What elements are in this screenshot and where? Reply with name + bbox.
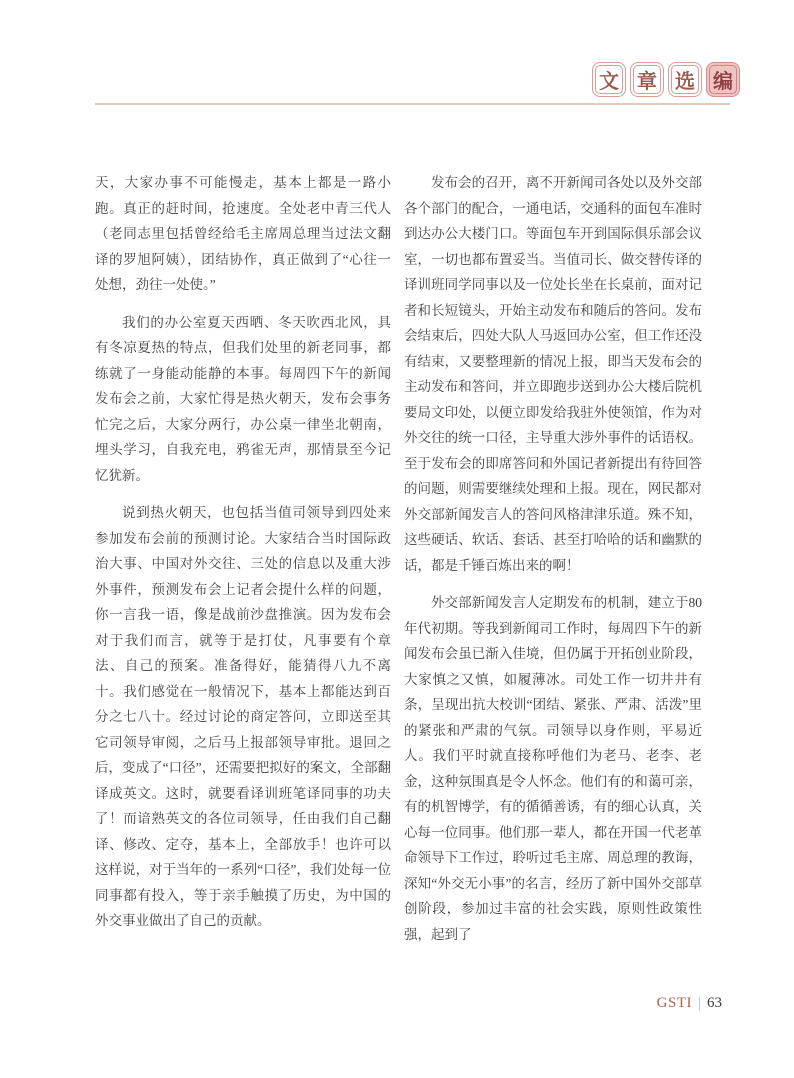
title-char: 选 <box>671 65 699 94</box>
footer-divider <box>699 997 700 1011</box>
page-title: 文 章 选 编 <box>592 62 740 97</box>
page-footer: GSTI 63 <box>657 995 722 1012</box>
paragraph: 发布会的召开，离不开新闻司各处以及外交部各个部门的配合，一通电话，交通科的面包车… <box>404 170 702 578</box>
paragraph: 外交部新闻发言人定期发布的机制，建立于80年代初期。等我到新闻司工作时，每周四下… <box>404 590 702 947</box>
right-column: 发布会的召开，离不开新闻司各处以及外交部各个部门的配合，一通电话，交通科的面包车… <box>404 170 702 947</box>
title-char-box: 章 <box>630 62 664 97</box>
title-char: 章 <box>633 65 661 94</box>
title-char-box-filled: 编 <box>706 62 740 97</box>
paragraph: 说到热火朝天，也包括当值司领导到四处来参加发布会前的预测讨论。大家结合当时国际政… <box>95 500 391 934</box>
title-char-box: 选 <box>668 62 702 97</box>
left-column: 天，大家办事不可能慢走，基本上都是一路小跑。真正的赶时间，抢速度。全处老中青三代… <box>95 170 391 934</box>
page-number: 63 <box>707 995 722 1012</box>
paragraph: 我们的办公室夏天西晒、冬天吹西北风，具有冬凉夏热的特点，但我们处里的新老同事，都… <box>95 310 391 489</box>
title-char-box: 文 <box>592 62 626 97</box>
header-divider <box>95 103 730 105</box>
document-page: 文 章 选 编 天，大家办事不可能慢走，基本上都是一路小跑。真正的赶时间，抢速度… <box>0 0 794 1078</box>
title-char: 文 <box>595 65 623 94</box>
title-char: 编 <box>709 65 737 94</box>
paragraph-continuation: 天，大家办事不可能慢走，基本上都是一路小跑。真正的赶时间，抢速度。全处老中青三代… <box>95 170 391 298</box>
journal-abbrev: GSTI <box>657 995 692 1012</box>
